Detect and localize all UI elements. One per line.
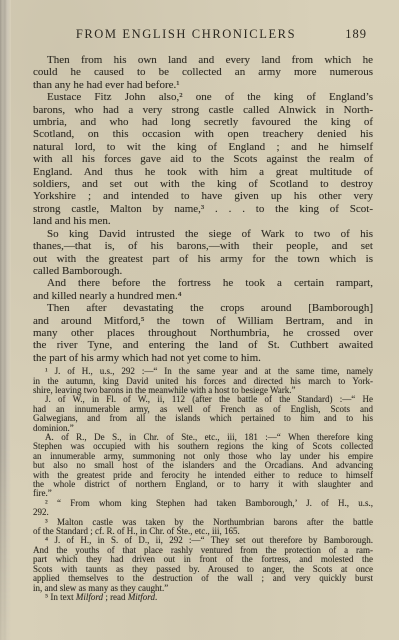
paragraph: Then from his own land and every land fr…	[33, 54, 373, 91]
paragraph: ¹ J. of H., u.s., 292 :—“ In the same ye…	[33, 367, 373, 395]
text-line: Then after devastating the crops around …	[33, 302, 373, 314]
text-line: Yorkshire ; and intended to have given u…	[33, 190, 373, 202]
text-line: Scotland, on this occasion with open tre…	[33, 128, 373, 140]
page-content: FROM ENGLISH CHRONICLERS 189 Then from h…	[33, 27, 373, 602]
text-line: many other places throughout Northumbria…	[33, 327, 373, 339]
text-line: thanes,—that is, of his barons,—with the…	[33, 240, 373, 252]
text-line: Galwegians, and from all the islands whi…	[33, 414, 373, 423]
running-header: FROM ENGLISH CHRONICLERS 189	[33, 27, 373, 41]
text-line: with all his forces gave aid to the Scot…	[33, 153, 373, 165]
scanned-book-page: FROM ENGLISH CHRONICLERS 189 Then from h…	[0, 0, 399, 640]
text-line: the river Tyne, and entering the land of…	[33, 339, 373, 351]
text-line: out with the greatest part of his army f…	[33, 253, 373, 265]
paragraph: ⁴ J. of H., in S. of D., ii, 292 :—“ The…	[33, 536, 373, 592]
paragraph: ³ Malton castle was taken by the Northum…	[33, 518, 373, 537]
text-line: called Bamborough.	[33, 265, 373, 277]
text-line: So king David intrusted the siege of War…	[33, 228, 373, 240]
paragraph: Then after devastating the crops around …	[33, 302, 373, 364]
text-line: umbria, and who had long secretly favour…	[33, 116, 373, 128]
text-line: natural lord, to wit the king of England…	[33, 141, 373, 153]
book-spine-edge	[0, 0, 11, 640]
text-line: England. And thus he took with him a gre…	[33, 166, 373, 178]
paragraph: ⁵ In text Milford ; read Mitford.	[33, 593, 373, 602]
text-line: the whole district of northern England, …	[33, 480, 373, 489]
text-line: and killed nearly a hundred men.⁴	[33, 290, 373, 302]
paragraph: And there before the fortress he took a …	[33, 277, 373, 302]
paragraph: J. of W., in Fl. of W., ii, 112 (after t…	[33, 395, 373, 433]
text-line: barons, who had a very strong castle cal…	[33, 104, 373, 116]
paragraph: ² “ From whom king Stephen had taken Bam…	[33, 499, 373, 518]
footnotes: ¹ J. of H., u.s., 292 :—“ In the same ye…	[33, 367, 373, 602]
text-line: could he caused to be collected an army …	[33, 66, 373, 78]
paragraph: Eustace Fitz John also,² one of the king…	[33, 91, 373, 227]
text-line: land and his men.	[33, 215, 373, 227]
text-line: and around Mitford,⁵ the town of William…	[33, 315, 373, 327]
text-line: ² “ From whom king Stephen had taken Bam…	[33, 499, 373, 508]
text-line: Eustace Fitz John also,² one of the king…	[33, 91, 373, 103]
paragraph: So king David intrusted the siege of War…	[33, 228, 373, 278]
text-line: the part of his army which had not yet c…	[33, 352, 373, 364]
text-line: than any he had ever had before.¹	[33, 79, 373, 91]
text-line: soldiers, and set out with the king of S…	[33, 178, 373, 190]
text-line: strong castle, Malton by name,³ . . . to…	[33, 203, 373, 215]
header-title: FROM ENGLISH CHRONICLERS	[33, 27, 373, 42]
text-line: Then from his own land and every land fr…	[33, 54, 373, 66]
text-line: And there before the fortress he took a …	[33, 277, 373, 289]
page-number: 189	[345, 27, 367, 42]
text-line: ⁵ In text Milford ; read Mitford.	[33, 593, 373, 602]
paragraph: A. of R., De S., in Chr. of Ste., etc., …	[33, 433, 373, 499]
body-text: Then from his own land and every land fr…	[33, 54, 373, 364]
